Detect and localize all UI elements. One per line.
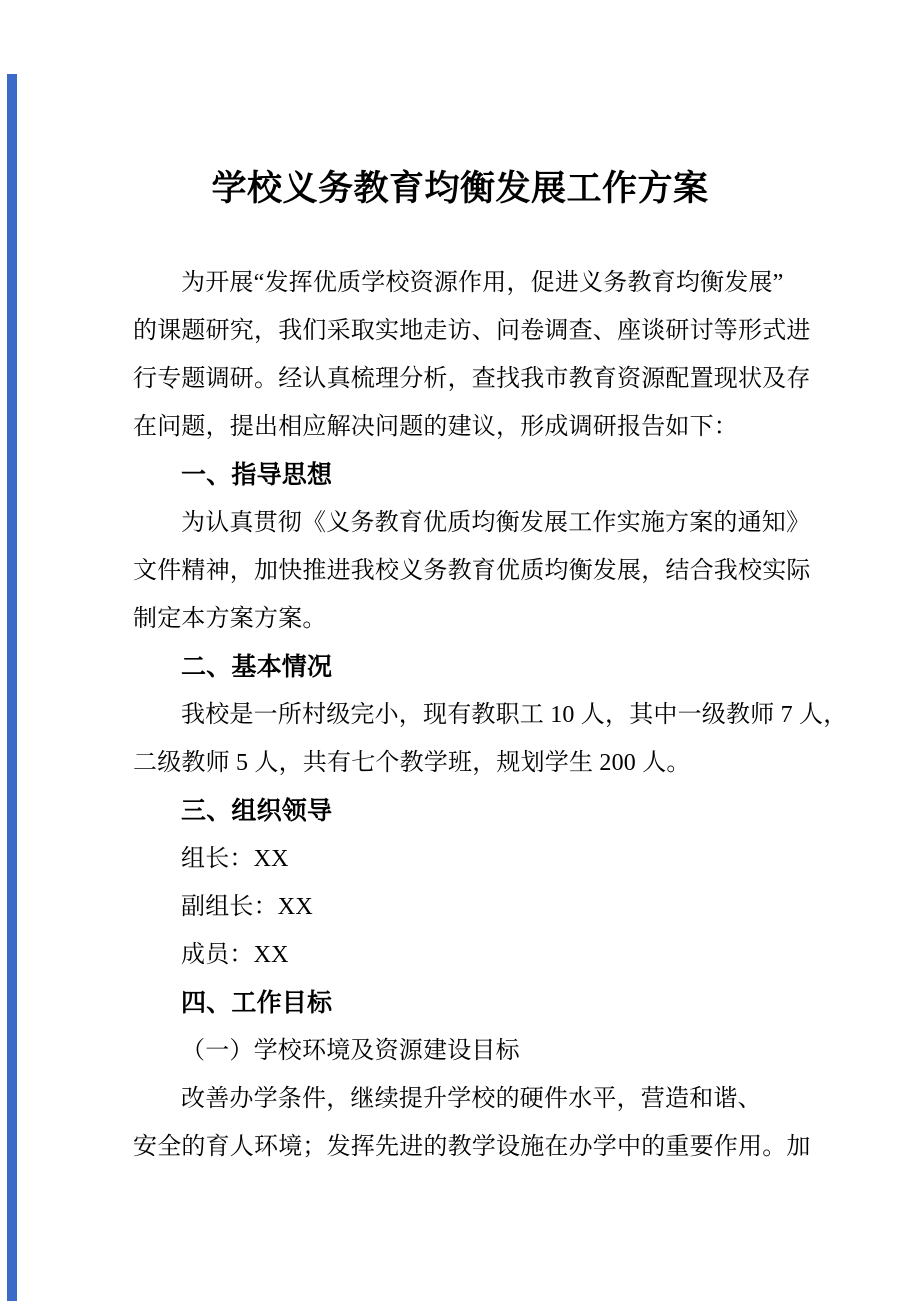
paragraph-line: 在问题，提出相应解决问题的建议，形成调研报告如下： xyxy=(133,403,793,451)
list-item-deputy: 副组长：XX xyxy=(133,883,793,931)
paragraph-line: 的课题研究，我们采取实地走访、问卷调查、座谈研讨等形式进 xyxy=(133,307,793,355)
list-item-members: 成员：XX xyxy=(133,931,793,979)
section-heading: 一、指导思想 xyxy=(133,451,793,499)
section-heading: 四、工作目标 xyxy=(133,979,793,1027)
paragraph-line: 安全的育人环境；发挥先进的教学设施在办学中的重要作用。加 xyxy=(133,1123,793,1171)
paragraph-line: 二级教师 5 人，共有七个教学班，规划学生 200 人。 xyxy=(133,739,793,787)
paragraph-line: 为开展“发挥优质学校资源作用，促进义务教育均衡发展” xyxy=(133,259,793,307)
paragraph-line: 为认真贯彻《义务教育优质均衡发展工作实施方案的通知》 xyxy=(133,499,793,547)
subsection-heading: （一）学校环境及资源建设目标 xyxy=(133,1027,793,1075)
document-page: 学校义务教育均衡发展工作方案 为开展“发挥优质学校资源作用，促进义务教育均衡发展… xyxy=(0,0,920,1301)
document-title: 学校义务教育均衡发展工作方案 xyxy=(0,165,920,213)
section-heading: 三、组织领导 xyxy=(133,787,793,835)
paragraph-line: 我校是一所村级完小，现有教职工 10 人，其中一级教师 7 人， xyxy=(133,691,793,739)
paragraph-line: 制定本方案方案。 xyxy=(133,595,793,643)
paragraph-line: 行专题调研。经认真梳理分析，查找我市教育资源配置现状及存 xyxy=(133,355,793,403)
document-body: 为开展“发挥优质学校资源作用，促进义务教育均衡发展” 的课题研究，我们采取实地走… xyxy=(133,259,793,1171)
paragraph-line: 改善办学条件，继续提升学校的硬件水平，营造和谐、 xyxy=(133,1075,793,1123)
paragraph-line: 文件精神，加快推进我校义务教育优质均衡发展，结合我校实际 xyxy=(133,547,793,595)
list-item-leader: 组长：XX xyxy=(133,835,793,883)
section-heading: 二、基本情况 xyxy=(133,643,793,691)
left-accent-bar xyxy=(7,74,17,1301)
